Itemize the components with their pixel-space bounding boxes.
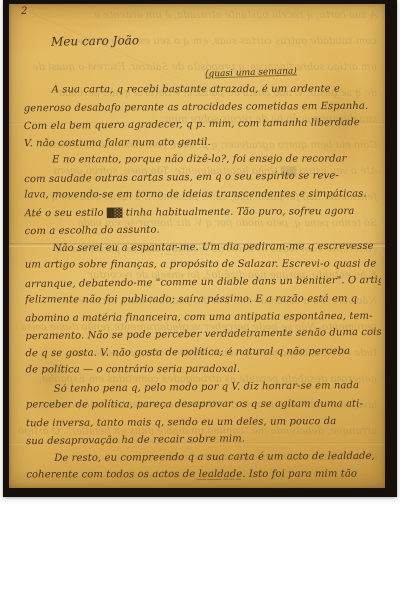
letter-line: A sua carta, q recebi bastante atrazada,…: [24, 84, 380, 102]
letter-line: de q se gosta. V. não gosta de política;…: [25, 345, 381, 365]
letter-line: de política — o contrário seria paradoxa…: [26, 364, 382, 382]
letter-line: E no entanto, porque não dizê-lo?, foi e…: [24, 154, 380, 172]
letter-line: De resto, eu compreendo q a sua carta é …: [26, 450, 382, 470]
letter-line: Não serei eu a espantar-me. Um dia pedir…: [25, 240, 381, 260]
letter-line: felizmente não foi publicado; saíra péss…: [25, 294, 381, 312]
letter-line: um artigo sobre finanças, a propósito de…: [25, 259, 381, 277]
inserted-note: (quasi uma semana): [205, 66, 297, 79]
letter-line: lava, movendo-se em torno de ideias tran…: [24, 189, 380, 207]
letter-line: V. não costuma falar num ato gentil.: [24, 135, 380, 155]
letter-paper: A sua carta, q recebi bastante atrazada,…: [9, 4, 385, 488]
letter-line: perceber de política, pareça desaprovar …: [26, 399, 382, 417]
page-number: 2: [21, 6, 27, 17]
letter-photo-frame: A sua carta, q recebi bastante atrazada,…: [3, 0, 397, 497]
letter-line: coherente com todos os actos de l̲e̲a̲l̲…: [26, 469, 382, 487]
letter-lines: A sua carta, q recebi bastante atrazada,…: [24, 83, 383, 488]
bleedthrough-line: A sua carta, q recebi bastante atrazada,…: [9, 10, 385, 36]
salutation: Meu caro João: [51, 33, 139, 49]
